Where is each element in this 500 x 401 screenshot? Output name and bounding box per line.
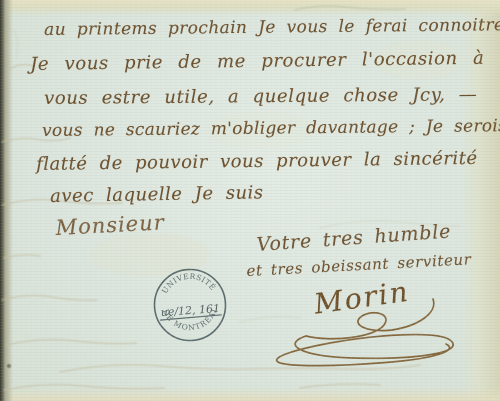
library-stamp: UNIVERSITÉ DE MONTRÉAL ue/12, 161 [148,263,231,346]
stamp-arc-top-text: UNIVERSITÉ [159,270,218,296]
letter-scan: au printems prochain Je vous le ferai co… [0,0,500,401]
svg-text:UNIVERSITÉ: UNIVERSITÉ [159,270,218,296]
signature-paraph [0,0,500,401]
